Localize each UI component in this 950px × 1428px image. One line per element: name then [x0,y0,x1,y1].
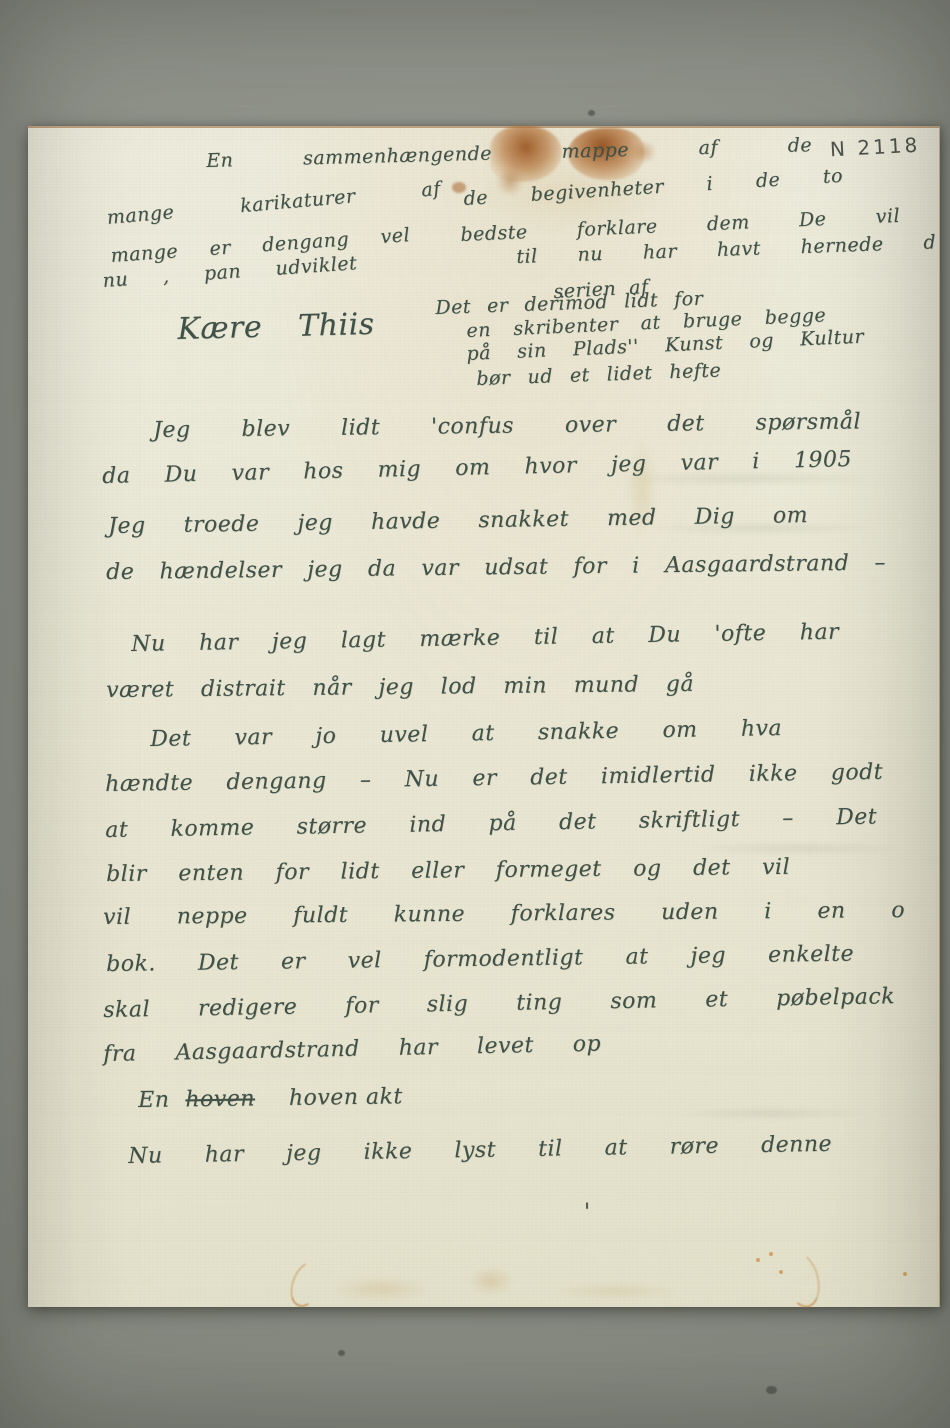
body-line: Jegblevlidt'confusoverdetspørsmål [153,409,861,443]
draft-note-line: mangekarikatureraf [106,178,442,229]
catalog-number: N 2118 [829,133,920,162]
bleed-through-mark [680,1107,860,1120]
rust-speck [769,1252,773,1256]
rust-speck [756,1258,760,1262]
body-line: JegtroedejeghavdesnakketmedDigom [108,503,808,539]
rust-squiggle [284,1256,330,1312]
body-line: NuharjeglagtmærketilatDu'oftehar [131,620,839,657]
body-line: blirentenforlidtellerformegetogdetvil [106,855,790,887]
body-line: fraAasgaardstrandharlevetop [103,1032,601,1067]
body-line: hændtedengang–Nuerdetimidlertidikkegodt [105,760,883,797]
body-line: bok.Detervelformodentligtatjegenkelte [106,942,854,977]
rust-speck [779,1270,783,1274]
struck-line-prefix: En [138,1088,170,1113]
bleed-through-mark [700,842,900,855]
body-line: Detvarjouvelatsnakkeomhva [150,716,782,752]
draft-note-line: debegivenheterideto [463,165,844,210]
mat-speck [588,110,595,116]
draft-note-line: børudetlidethefte [476,359,722,390]
struck-line-suffix: hoven akt [289,1084,403,1111]
photographed-letter-scene: N 2118 Ensammenhængendemappeafde mangeka… [0,0,950,1428]
rust-squiggle [779,1249,826,1312]
body-line: skalredigereforsligtingsometpøbelpack [103,984,895,1023]
rust-smudge [335,1278,427,1300]
body-line: atkommestørreindpådetskriftligt–Det [105,805,877,843]
struck-text-line: Enhovenhoven akt [138,1084,403,1113]
letter-paper-sheet: N 2118 Ensammenhængendemappeafde mangeka… [28,126,940,1307]
stray-pen-mark: ' [584,1200,591,1225]
body-line: Nuharjegikkelysttilatrøredenne [128,1132,832,1169]
body-line: væretdistraitnårjeglodminmundgå [106,672,694,703]
draft-note-line: Ensammenhængendemappeafde [206,134,812,172]
body-line: dehændelserjegdavarudsatforiAasgaardstra… [106,550,886,585]
greeting-line: Kære Thiis [177,307,375,347]
rust-speck [903,1272,907,1276]
mat-speck [338,1350,345,1356]
rust-smudge [470,1268,512,1294]
body-line: vilneppefuldtkunneforklaresudenieno [103,898,905,930]
mat-speck [766,1386,777,1394]
struck-word: hoven [185,1086,255,1112]
body-line: daDuvarhosmigomhvorjegvari1905 [102,447,852,489]
rust-smudge [555,1284,675,1298]
